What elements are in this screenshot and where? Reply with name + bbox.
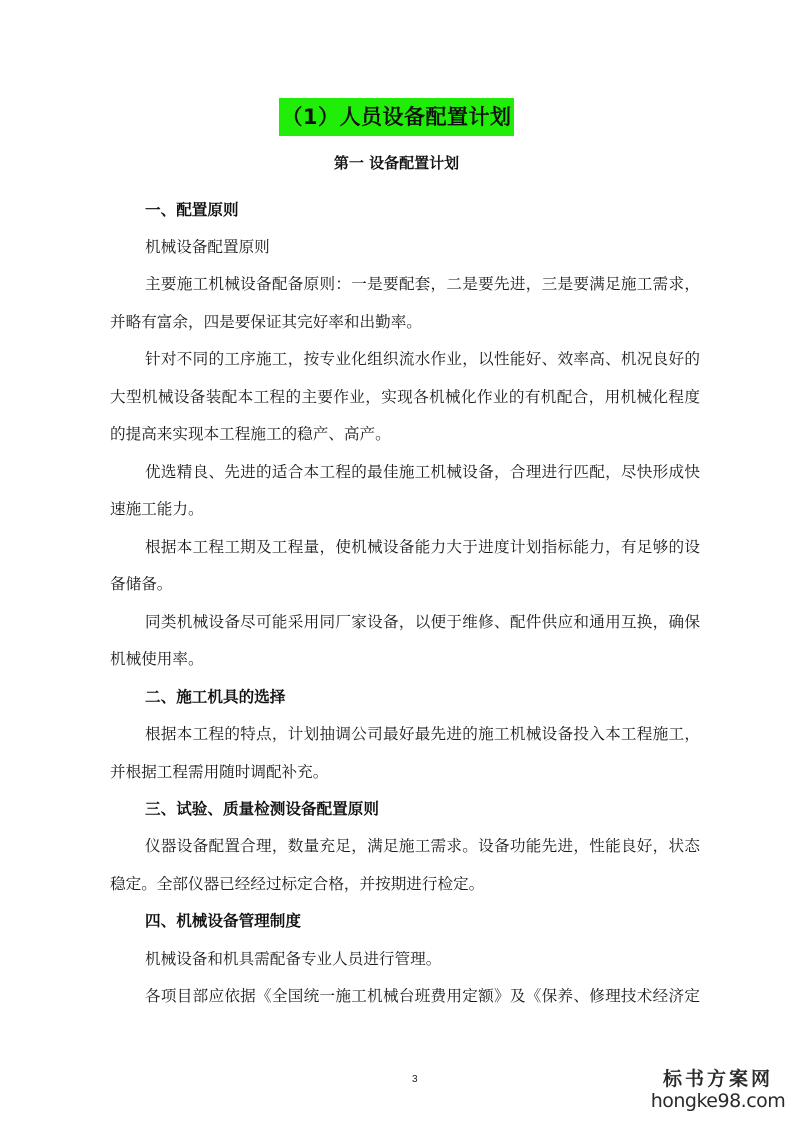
paragraph-line: 根据本工程工期及工程量，使机械设备能力大于进度计划指标能力，有足够的设 [145, 535, 700, 559]
paragraph-line: 的提高来实现本工程施工的稳产、高产。 [110, 422, 391, 446]
watermark-chinese-text: 标书方案网 [648, 1068, 788, 1090]
paragraph-line: 并略有富余，四是要保证其完好率和出勤率。 [110, 310, 422, 334]
watermark-domain-text: hongke98.com [648, 1090, 788, 1112]
paragraph-line: 大型机械设备装配本工程的主要作业，实现各机械化作业的有机配合，用机械化程度 [110, 385, 700, 409]
section-heading-3: 三、试验、质量检测设备配置原则 [145, 797, 379, 821]
section-heading-2: 二、施工机具的选择 [145, 685, 285, 709]
document-title: （1）人员设备配置计划 [279, 98, 513, 136]
paragraph-line: 优选精良、先进的适合本工程的最佳施工机械设备，合理进行匹配，尽快形成快 [145, 460, 700, 484]
paragraph-line: 备储备。 [110, 572, 172, 596]
section-heading-4: 四、机械设备管理制度 [145, 909, 301, 933]
paragraph-line: 各项目部应依据《全国统一施工机械台班费用定额》及《保养、修理技术经济定 [145, 984, 700, 1008]
paragraph-line: 针对不同的工序施工，按专业化组织流水作业，以性能好、效率高、机况良好的 [145, 347, 700, 371]
watermark-logo: 标书方案网 hongke98.com [648, 1068, 788, 1112]
paragraph-line: 根据本工程的特点，计划抽调公司最好最先进的施工机械设备投入本工程施工， [145, 722, 700, 746]
document-subtitle: 第一 设备配置计划 [0, 151, 793, 175]
paragraph-line: 主要施工机械设备配备原则：一是要配套，二是要先进，三是要满足施工需求， [145, 272, 700, 296]
paragraph-line: 机械设备配置原则 [145, 235, 270, 259]
title-container: （1）人员设备配置计划 [0, 98, 793, 136]
paragraph-line: 仪器设备配置合理，数量充足，满足施工需求。设备功能先进，性能良好，状态 [145, 834, 700, 858]
paragraph-line: 机械使用率。 [110, 647, 204, 671]
paragraph-line: 速施工能力。 [110, 497, 204, 521]
paragraph-line: 机械设备和机具需配备专业人员进行管理。 [145, 947, 441, 971]
paragraph-line: 同类机械设备尽可能采用同厂家设备，以便于维修、配件供应和通用互换，确保 [145, 610, 700, 634]
paragraph-line: 稳定。全部仪器已经经过标定合格，并按期进行检定。 [110, 872, 484, 896]
document-page: （1）人员设备配置计划 第一 设备配置计划 一、配置原则 机械设备配置原则 主要… [0, 0, 793, 1122]
section-heading-1: 一、配置原则 [145, 198, 239, 222]
paragraph-line: 并根据工程需用随时调配补充。 [110, 760, 328, 784]
page-number: 3 [412, 1074, 418, 1085]
